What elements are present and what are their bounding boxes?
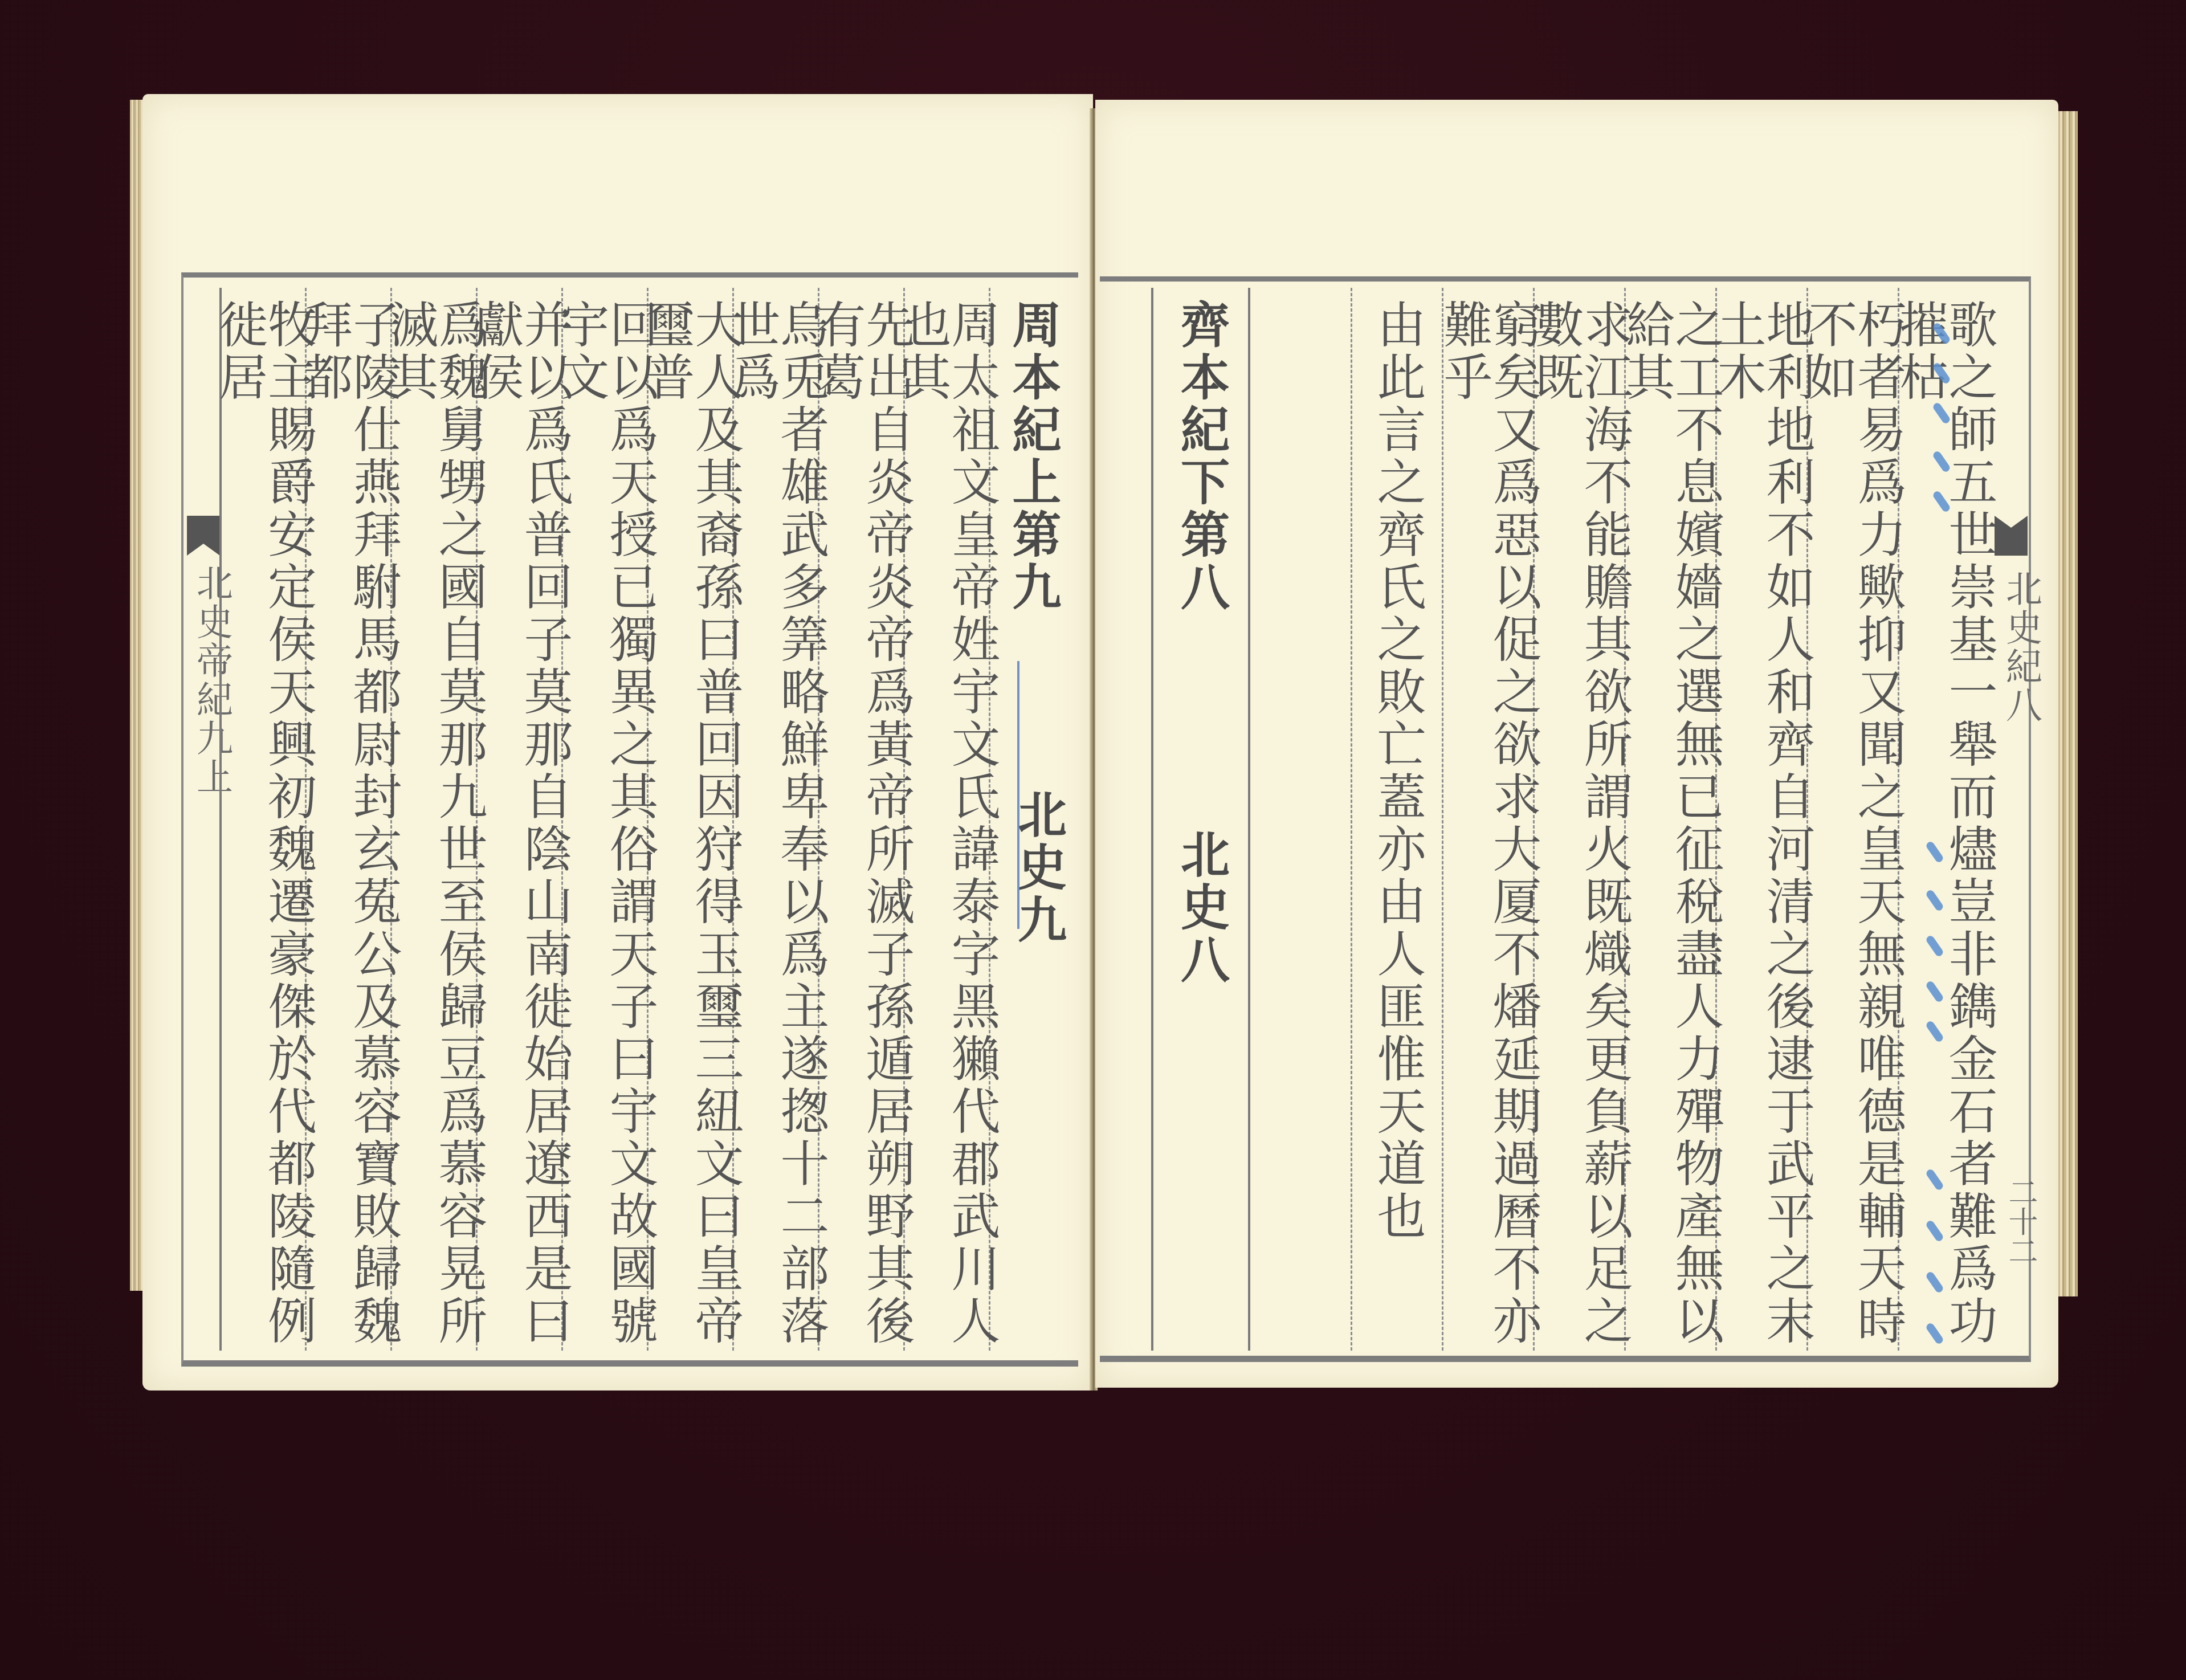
text-column: 周太祖文皇帝姓宇文氏諱泰字黑獺代郡武川人也其 xyxy=(903,288,989,1351)
text-column: 由此言之齊氏之敗亡蓋亦由人匪惟天道也 xyxy=(1351,288,1442,1351)
right-page-columns: 歌之師五世崇基一舉而燼豈非鐫金石者難爲功摧枯 朽者易爲力歟抑又聞之皇天無親唯德是… xyxy=(1108,288,1989,1351)
text-column: 求江海不能贍其欲所謂火既熾矣更負薪以足之數既 xyxy=(1533,288,1624,1351)
text-column: 窮矣又爲惡以促之欲求大厦不燔延期過曆不亦難乎 xyxy=(1442,288,1533,1351)
chapter-end-title-column: 齊本紀下第八 北史八 xyxy=(1151,288,1248,1351)
left-page-columns: 周本紀上第九 北史九 周太祖文皇帝姓宇文氏諱泰字黑獺代郡武川人也其 先出自炎帝炎… xyxy=(205,288,1074,1351)
column-text: 地利地利不如人和齊自河清之後逮于武平之末土木 xyxy=(1713,299,1811,1351)
column-text: 歌之師五世崇基一舉而燼豈非鐫金石者難爲功摧枯 xyxy=(1895,299,1993,1351)
text-column: 烏兎者雄武多筭略鮮卑奉以爲主遂揔十二部落世爲 xyxy=(732,288,818,1351)
text-column: 歌之師五世崇基一舉而燼豈非鐫金石者難爲功摧枯 xyxy=(1898,288,1989,1351)
column-text: 窮矣又爲惡以促之欲求大厦不燔延期過曆不亦難乎 xyxy=(1439,299,1537,1351)
text-column: 子陵仕燕拜駙馬都尉封玄菟公及慕容寶敗歸魏拜都 xyxy=(305,288,390,1351)
text-column: 并以爲氏普回子莫那自陰山南徙始居遼西是曰獻侯 xyxy=(476,288,561,1351)
text-column: 先出自炎帝炎帝爲黃帝所滅子孫遁居朔野其後有葛 xyxy=(818,288,903,1351)
text-column: 地利地利不如人和齊自河清之後逮于武平之末土木 xyxy=(1715,288,1806,1351)
text-column: 牧主賜爵安定侯天興初魏遷豪傑於代都陵隨例徙居 xyxy=(219,288,305,1351)
page-number: 二十二 xyxy=(1999,1177,2042,1266)
text-column: 朽者易爲力歟抑又聞之皇天無親唯德是輔天時不如 xyxy=(1806,288,1898,1351)
column-text: 由此言之齊氏之敗亡蓋亦由人匪惟天道也 xyxy=(1373,299,1422,1243)
text-column: 爲魏舅甥之國自莫那九世至侯歸豆爲慕容晃所滅其 xyxy=(390,288,476,1351)
column-text: 求江海不能贍其欲所謂火既熾矣更負薪以足之數既 xyxy=(1531,299,1629,1351)
text-column: 大人及其裔孫曰普回因狩得玉璽三紐文曰皇帝璽普 xyxy=(647,288,732,1351)
left-chapter-title-column: 周本紀上第九 北史九 xyxy=(989,288,1074,1351)
column-text: 朽者易爲力歟抑又聞之皇天無親唯德是輔天時不如 xyxy=(1804,299,1902,1351)
empty-column xyxy=(1248,288,1351,1351)
chapter-subtitle: 北史九 xyxy=(1013,789,1062,947)
text-column: 回以爲天授已獨異之其俗謂天子曰宇文故國號宇文 xyxy=(561,288,647,1351)
chapter-end-title: 齊本紀下第八 xyxy=(1176,299,1225,614)
chapter-title: 周本紀上第九 xyxy=(1008,299,1057,614)
text-column: 之工不息嬪嬙之選無已征稅盡人力殫物產無以給其 xyxy=(1624,288,1715,1351)
chapter-end-subtitle: 北史八 xyxy=(1176,829,1225,986)
right-margin-label: 北史紀八 xyxy=(1995,570,2047,725)
column-text: 牧主賜爵安定侯天興初魏遷豪傑於代都陵隨例徙居 xyxy=(214,299,312,1351)
column-text: 之工不息嬪嬙之選無已征稅盡人力殫物產無以給其 xyxy=(1622,299,1720,1351)
blue-annotation-line xyxy=(1017,661,1019,929)
